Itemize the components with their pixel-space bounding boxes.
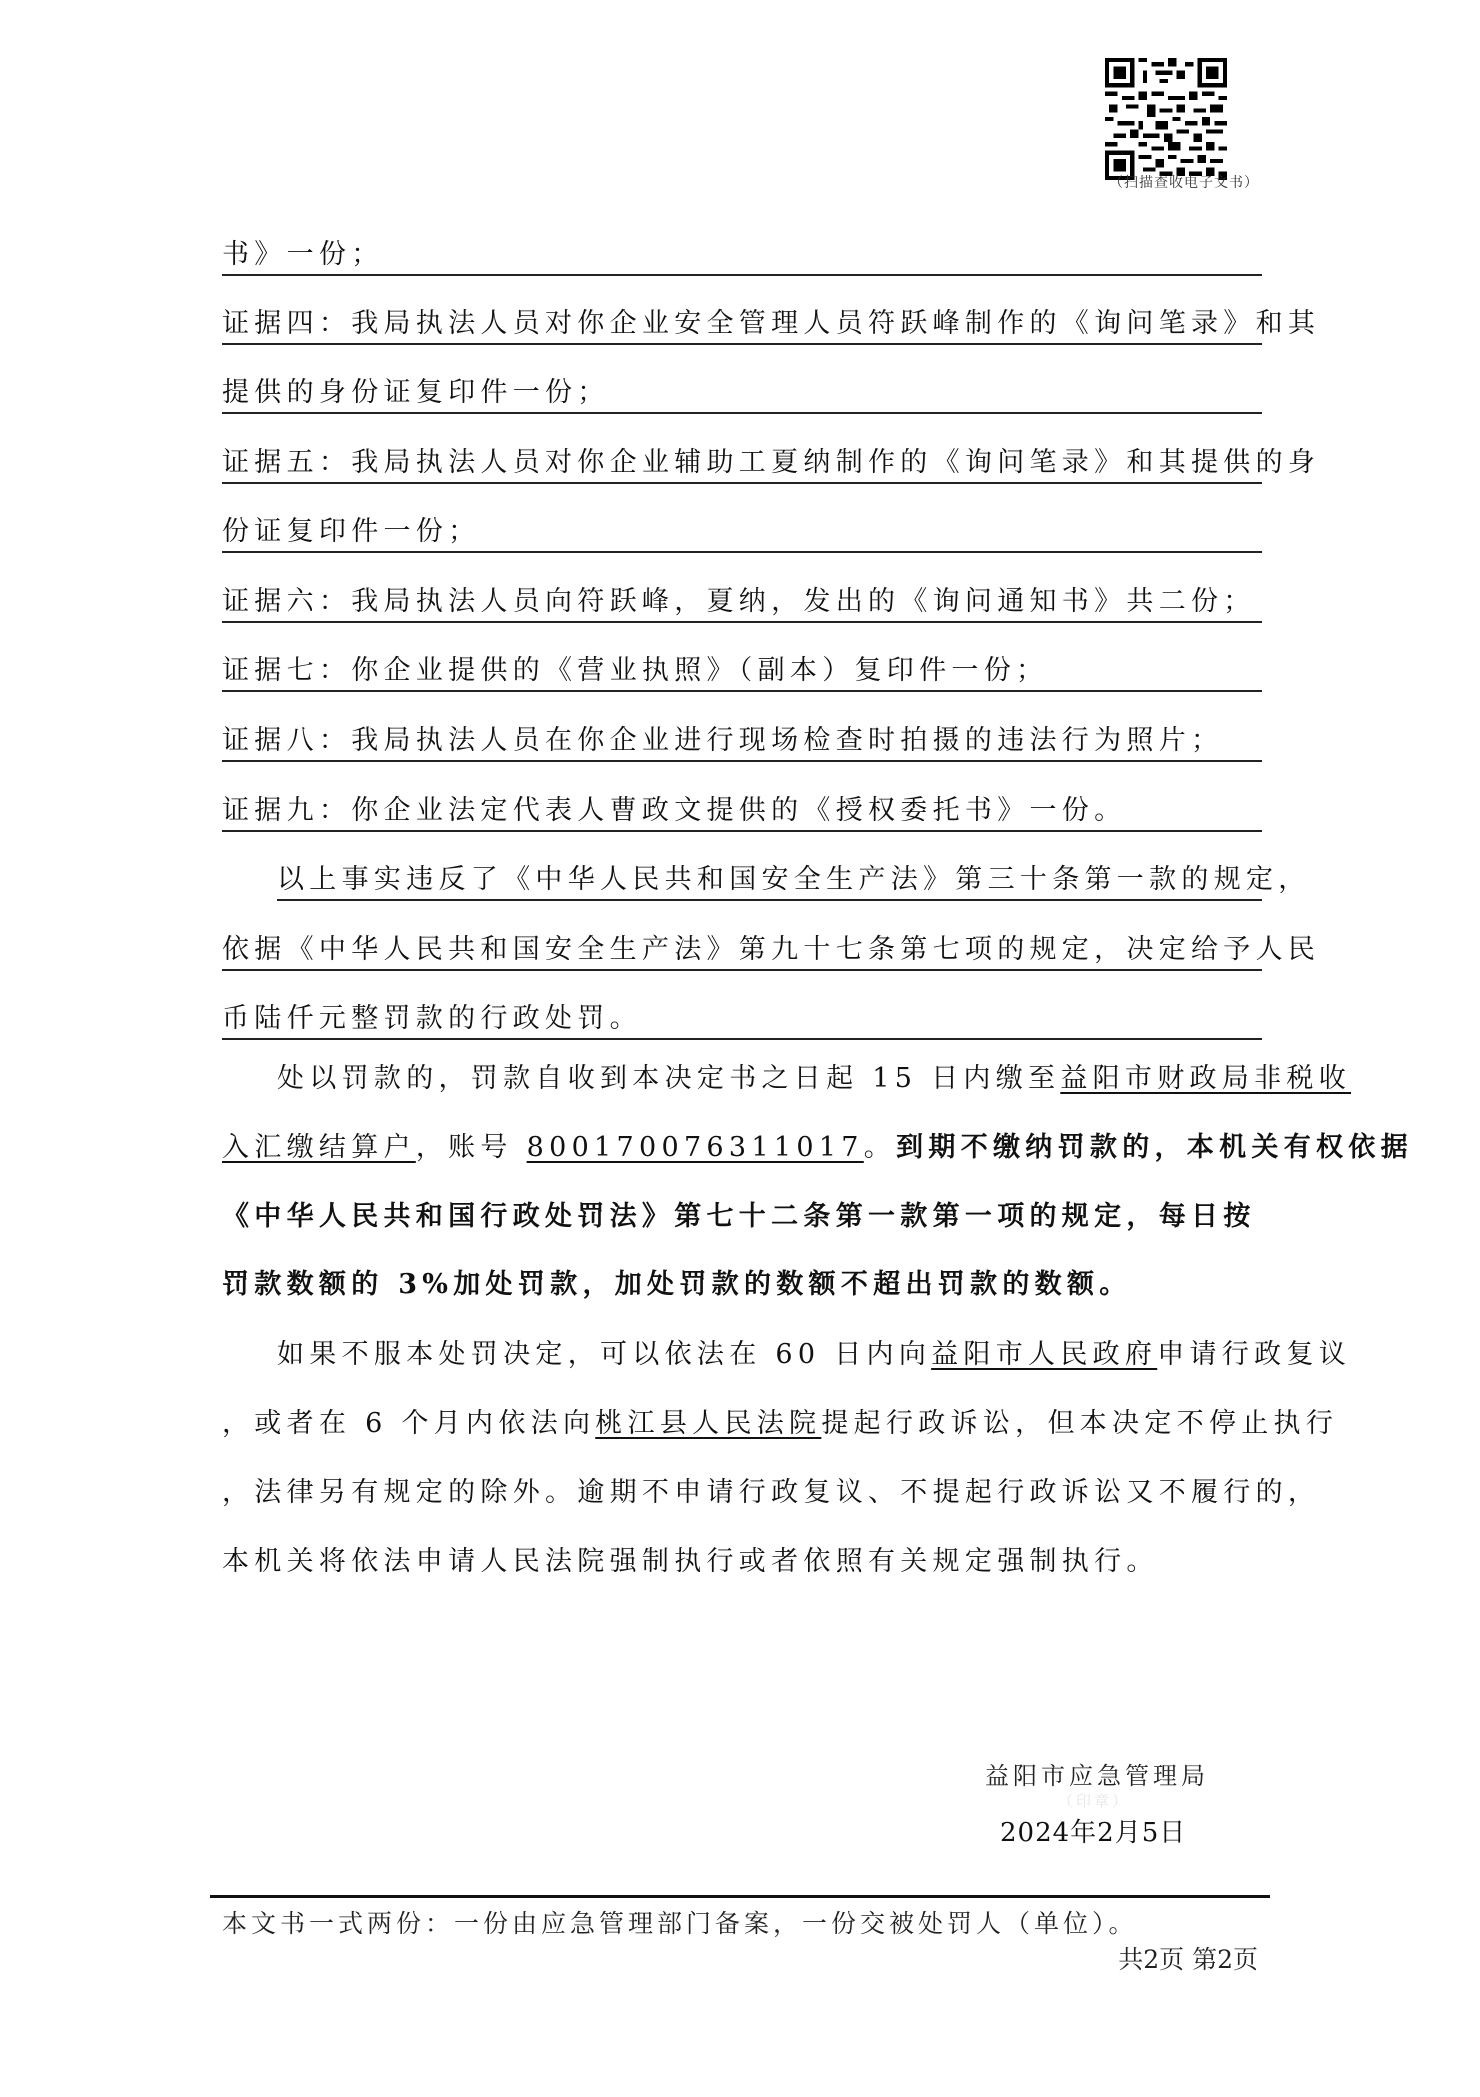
evidence-line: 证据五：我局执法人员对你企业辅助工夏纳制作的《询问笔录》和其提供的身 bbox=[222, 446, 1262, 484]
evidence-line: 份证复印件一份； bbox=[222, 515, 1262, 553]
violation-line-3: 币陆仟元整罚款的行政处罚。 bbox=[222, 1002, 1262, 1040]
appeal-line-3: ，法律另有规定的除外。逾期不申请行政复议、不提起行政诉讼又不履行的， bbox=[222, 1476, 1262, 1510]
evidence-line: 证据八：我局执法人员在你企业进行现场检查时拍摄的违法行为照片； bbox=[222, 724, 1262, 762]
violation-line-1: 以上事实违反了《中华人民共和国安全生产法》第三十条第一款的规定， bbox=[277, 863, 1262, 901]
page-number: 共2页 第2页 bbox=[1118, 1940, 1258, 1976]
payee-account-name-cont: 入汇缴结算户 bbox=[222, 1132, 416, 1163]
evidence-line: 提供的身份证复印件一份； bbox=[222, 376, 1262, 414]
account-number: 800170076311017 bbox=[527, 1132, 864, 1163]
payment-line-3: 《中华人民共和国行政处罚法》第七十二条第一款第一项的规定，每日按 bbox=[222, 1200, 1262, 1234]
appeal-line-4: 本机关将依法申请人民法院强制执行或者依照有关规定强制执行。 bbox=[222, 1545, 1262, 1579]
issue-date: 2024年2月5日 bbox=[1000, 1812, 1186, 1849]
court-name: 桃江县人民法院 bbox=[595, 1408, 821, 1439]
appeal-line-2: ，或者在 6 个月内依法向桃江县人民法院提起行政诉讼，但本决定不停止执行 bbox=[222, 1407, 1262, 1441]
payee-account-name: 益阳市财政局非税收 bbox=[1060, 1063, 1351, 1094]
evidence-line: 证据四：我局执法人员对你企业安全管理人员符跃峰制作的《询问笔录》和其 bbox=[222, 307, 1262, 345]
review-authority: 益阳市人民政府 bbox=[931, 1339, 1157, 1370]
appeal-line-1: 如果不服本处罚决定，可以依法在 60 日内向益阳市人民政府申请行政复议 bbox=[277, 1338, 1317, 1372]
evidence-line: 证据七：你企业提供的《营业执照》（副本）复印件一份； bbox=[222, 654, 1262, 692]
payment-line-4: 罚款数额的 3%加处罚款，加处罚款的数额不超出罚款的数额。 bbox=[222, 1268, 1262, 1302]
footer-note: 本文书一式两份：一份由应急管理部门备案，一份交被处罚人（单位）。 bbox=[222, 1904, 1138, 1940]
qr-code-icon bbox=[1105, 58, 1227, 180]
payment-line-1: 处以罚款的，罚款自收到本决定书之日起 15 日内缴至益阳市财政局非税收 bbox=[277, 1062, 1317, 1096]
footer-divider bbox=[210, 1895, 1270, 1898]
evidence-line: 书》一份； bbox=[222, 238, 1262, 276]
violation-line-2: 依据《中华人民共和国安全生产法》第九十七条第七项的规定，决定给予人民 bbox=[222, 933, 1262, 971]
qr-caption: （扫描查收电子文书） bbox=[1084, 172, 1284, 192]
payment-line-2: 入汇缴结算户，账号 800170076311017。到期不缴纳罚款的，本机关有权… bbox=[222, 1131, 1262, 1165]
issuing-agency: 益阳市应急管理局 bbox=[985, 1756, 1209, 1791]
seal-placeholder: （印章） bbox=[1058, 1790, 1130, 1811]
evidence-line: 证据六：我局执法人员向符跃峰，夏纳，发出的《询问通知书》共二份； bbox=[222, 585, 1262, 623]
evidence-line: 证据九：你企业法定代表人曹政文提供的《授权委托书》一份。 bbox=[222, 794, 1262, 832]
